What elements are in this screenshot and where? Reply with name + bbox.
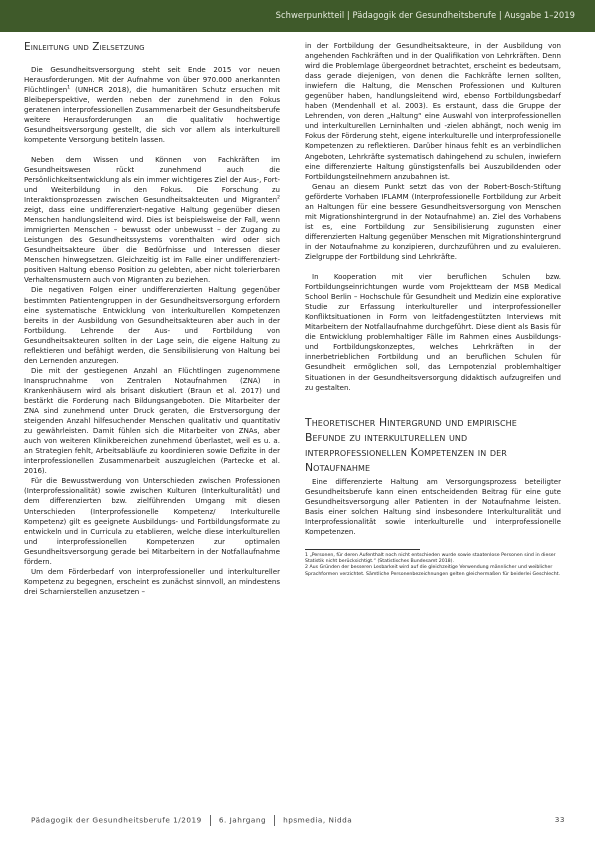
section-heading-theoretical-background: Theoretischer Hintergrund und empirische… bbox=[305, 415, 561, 475]
left-column: Einleitung und Zielsetzung Die Gesundhei… bbox=[24, 41, 280, 597]
footer-separator bbox=[210, 815, 211, 826]
section-heading-introduction: Einleitung und Zielsetzung bbox=[24, 41, 280, 55]
paragraph: Die Gesundheitsversorgung steht seit End… bbox=[24, 65, 280, 145]
paragraph: In Kooperation mit vier beruflichen Schu… bbox=[305, 272, 561, 393]
paragraph: Neben dem Wissen und Können von Fachkräf… bbox=[24, 155, 280, 286]
paragraph: Um dem Förderbedarf von interprofessione… bbox=[24, 567, 280, 597]
page-footer: Pädagogik der Gesundheitsberufe 1/20196.… bbox=[31, 815, 571, 827]
footnote-2: 2 Aus Gründen der besseren Lesbarkeit wi… bbox=[305, 565, 561, 578]
paragraph: in der Fortbildung der Gesundheitsakteur… bbox=[305, 41, 561, 182]
page-header-bar: Schwerpunktteil | Pädagogik der Gesundhe… bbox=[0, 0, 595, 32]
paragraph: Eine differenzierte Haltung am Versorgun… bbox=[305, 477, 561, 537]
footnote-1: 1 „Personen, für deren Aufenthalt noch n… bbox=[305, 553, 561, 566]
running-header-title: Schwerpunktteil | Pädagogik der Gesundhe… bbox=[276, 10, 575, 20]
footnote-ref[interactable]: 2 bbox=[277, 196, 280, 201]
paragraph-text: zeigt, dass eine undifferenziert-negativ… bbox=[24, 205, 280, 284]
footer-publisher: hpsmedia, Nidda bbox=[283, 816, 352, 825]
footnote-divider bbox=[305, 549, 420, 550]
footnote-ref[interactable]: 1 bbox=[67, 85, 70, 90]
page-number: 33 bbox=[555, 815, 565, 824]
right-column: in der Fortbildung der Gesundheitsakteur… bbox=[305, 41, 561, 578]
paragraph: Für die Bewusstwerdung von Unterschieden… bbox=[24, 476, 280, 566]
footer-journal: Pädagogik der Gesundheitsberufe 1/2019 bbox=[31, 816, 202, 825]
paragraph-text: Neben dem Wissen und Können von Fachkräf… bbox=[24, 155, 280, 204]
paragraph: Die mit der gestiegenen Anzahl an Flücht… bbox=[24, 366, 280, 477]
footer-separator bbox=[274, 815, 275, 826]
footer-volume: 6. Jahrgang bbox=[219, 816, 266, 825]
paragraph: Die negativen Folgen einer undifferenzie… bbox=[24, 285, 280, 365]
paragraph: Genau an diesem Punkt setzt das von der … bbox=[305, 182, 561, 262]
